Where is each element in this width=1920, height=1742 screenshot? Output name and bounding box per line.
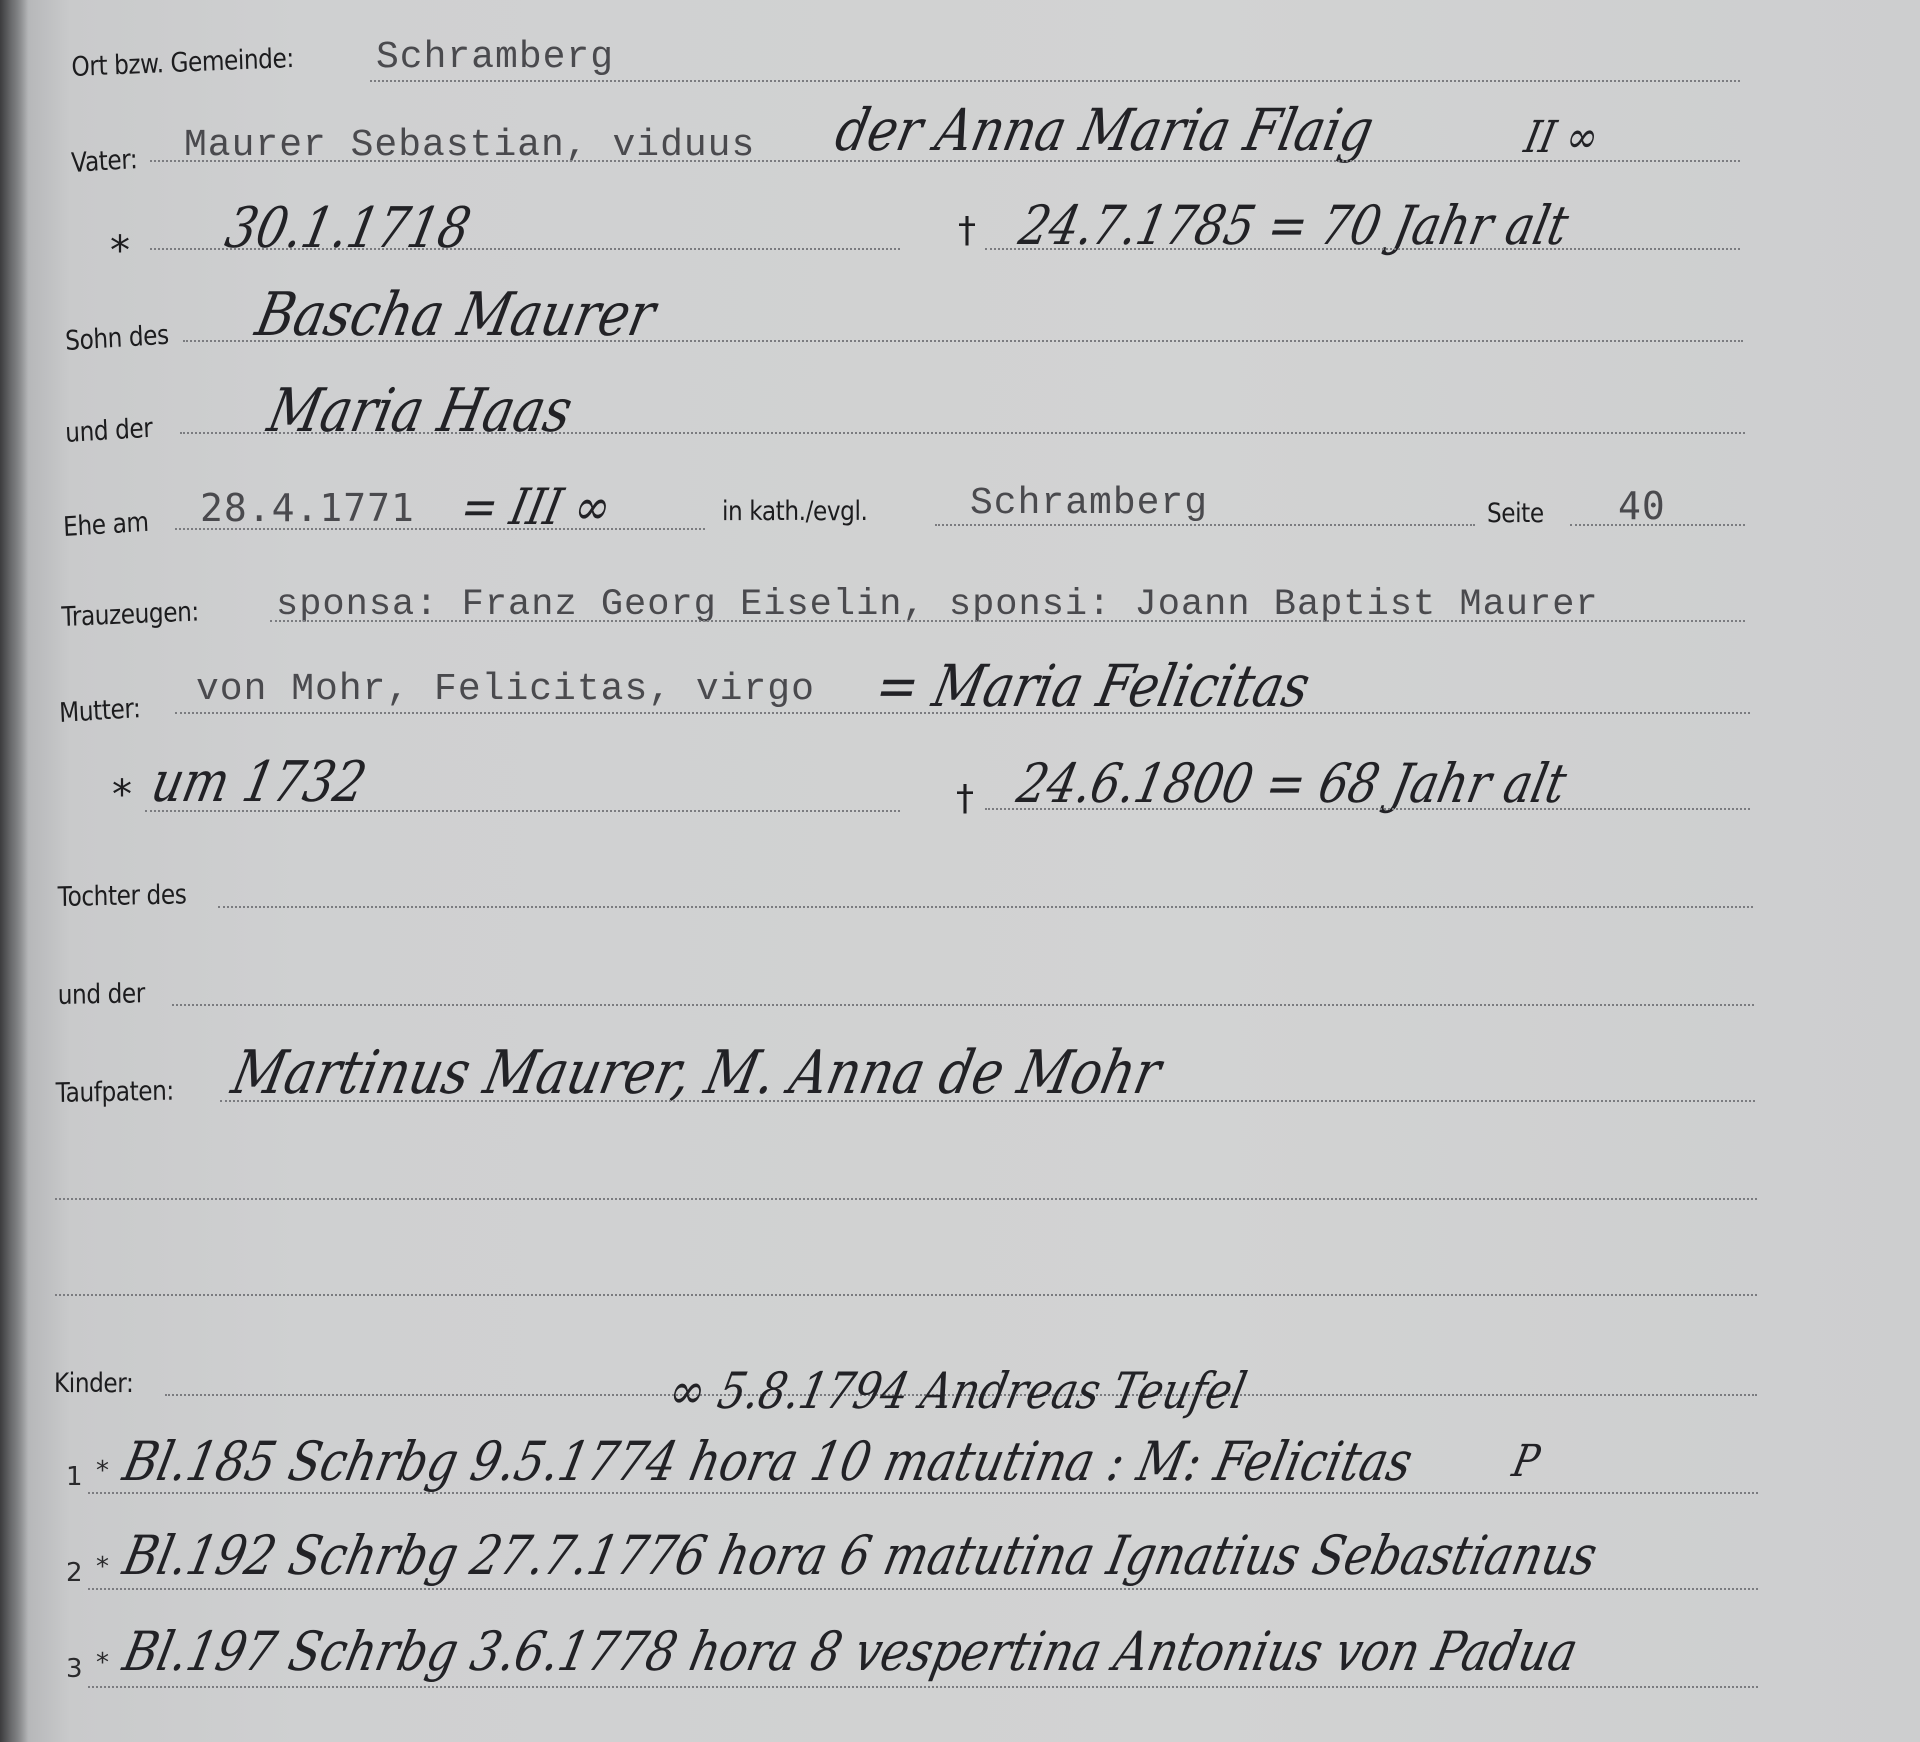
und-der-2-line bbox=[172, 1004, 1754, 1006]
vater-marriage-mark: II ∞ bbox=[1520, 112, 1603, 163]
family-record-sheet: Ort bzw. Gemeinde: Schramberg Vater: Mau… bbox=[0, 0, 1920, 1742]
child-line bbox=[88, 1492, 1758, 1494]
birth-symbol: * bbox=[110, 228, 130, 274]
und-der-line bbox=[180, 432, 1745, 434]
child-number: 2 bbox=[66, 1558, 83, 1588]
kinder-marriage-note: ∞ 5.8.1794 Andreas Teufel bbox=[664, 1362, 1251, 1420]
trauzeugen-label: Trauzeugen: bbox=[61, 596, 199, 633]
birth-symbol: * bbox=[96, 1648, 109, 1678]
vater-label: Vater: bbox=[71, 144, 138, 179]
sohn-des-line bbox=[183, 340, 1743, 342]
kinder-label: Kinder: bbox=[54, 1368, 133, 1399]
child-mark: P bbox=[1508, 1436, 1544, 1487]
birth-symbol: * bbox=[96, 1552, 109, 1582]
death-symbol: † bbox=[958, 210, 976, 251]
ehe-am-line bbox=[175, 528, 705, 530]
vater-handwritten-value: der Anna Maria Flaig bbox=[830, 96, 1380, 164]
mutter-death-date: 24.6.1800 = 68 Jahr alt bbox=[1012, 752, 1572, 815]
ehe-am-value: 28.4.1771 bbox=[200, 486, 415, 530]
ort-label: Ort bzw. Gemeinde: bbox=[71, 43, 294, 83]
mutter-death-line bbox=[985, 808, 1750, 810]
blank-line bbox=[55, 1294, 1757, 1296]
taufpaten-line bbox=[220, 1100, 1755, 1102]
ort-value: Schramberg bbox=[376, 36, 614, 79]
birth-symbol: * bbox=[112, 772, 132, 818]
child-number: 3 bbox=[66, 1654, 83, 1684]
mutter-label: Mutter: bbox=[59, 693, 141, 729]
sohn-des-label: Sohn des bbox=[65, 320, 170, 357]
child-number: 1 bbox=[66, 1462, 83, 1492]
vater-birth-date: 30.1.1718 bbox=[220, 196, 476, 261]
vater-death-line bbox=[985, 248, 1740, 250]
mutter-handwritten-value: = Maria Felicitas bbox=[870, 652, 1316, 720]
child-entry: Bl.197 Schrbg 3.6.1778 hora 8 vespertina… bbox=[118, 1620, 1583, 1683]
in-kath-evgl-line bbox=[935, 524, 1475, 526]
seite-value: 40 bbox=[1618, 484, 1666, 528]
vater-line bbox=[150, 160, 1740, 162]
death-symbol: † bbox=[956, 778, 974, 819]
trauzeugen-line bbox=[270, 620, 1745, 622]
seite-label: Seite bbox=[1487, 498, 1544, 529]
blank-line bbox=[55, 1198, 1757, 1200]
tochter-des-label: Tochter des bbox=[58, 879, 187, 913]
seite-line bbox=[1570, 524, 1745, 526]
ort-line bbox=[370, 80, 1740, 82]
und-der-label: und der bbox=[65, 413, 153, 449]
child-line bbox=[88, 1588, 1758, 1590]
birth-symbol: * bbox=[96, 1456, 109, 1486]
ehe-am-label: Ehe am bbox=[63, 507, 150, 543]
mutter-typed-value: von Mohr, Felicitas, virgo bbox=[196, 668, 815, 711]
child-line bbox=[88, 1686, 1758, 1688]
und-der-value: Maria Haas bbox=[262, 376, 578, 446]
taufpaten-value: Martinus Maurer, M. Anna de Mohr bbox=[226, 1038, 1167, 1108]
tochter-des-line bbox=[218, 906, 1753, 908]
mutter-birth-line bbox=[145, 810, 900, 812]
und-der-2-label: und der bbox=[58, 978, 146, 1011]
in-kath-evgl-label: in kath./evgl. bbox=[722, 496, 867, 527]
child-entry: Bl.192 Schrbg 27.7.1776 hora 6 matutina … bbox=[118, 1524, 1603, 1587]
mutter-line bbox=[175, 712, 1750, 714]
taufpaten-label: Taufpaten: bbox=[56, 1076, 175, 1109]
child-entry: Bl.185 Schrbg 9.5.1774 hora 10 matutina … bbox=[118, 1430, 1418, 1493]
mutter-birth-date: um 1732 bbox=[146, 750, 372, 815]
in-kath-evgl-value: Schramberg bbox=[970, 482, 1208, 525]
vater-birth-line bbox=[150, 248, 900, 250]
